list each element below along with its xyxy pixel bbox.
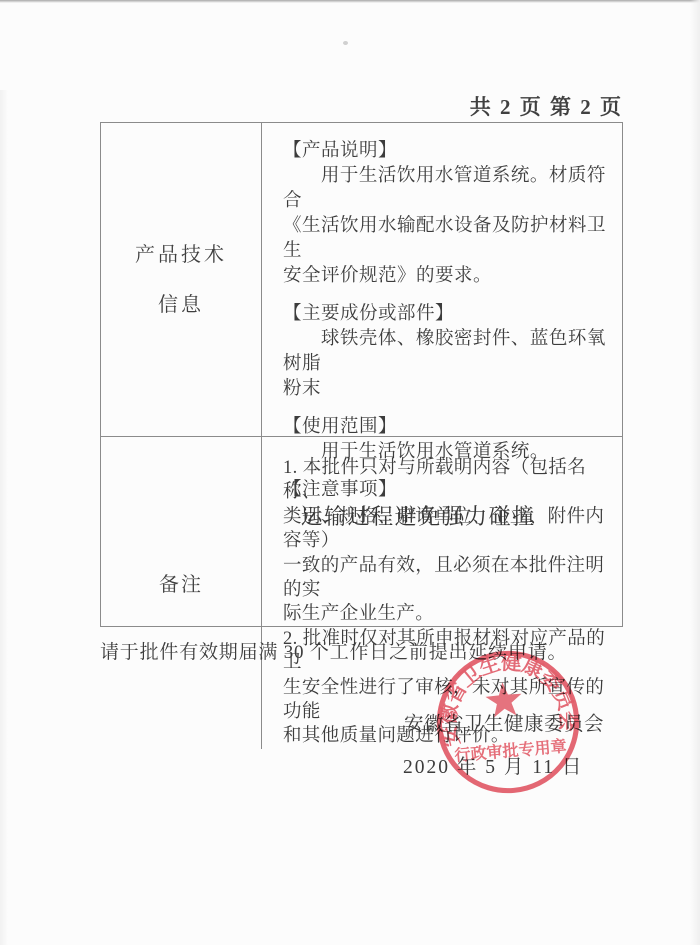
section-heading: 【产品说明】 — [283, 139, 614, 164]
info-section: 【主要成份或部件】球铁壳体、橡胶密封件、蓝色环氧树脂粉末 — [283, 302, 614, 402]
text-line: 《生活饮用水输配水设备及防护材料卫生 — [283, 214, 614, 264]
scan-edge-top — [0, 0, 700, 3]
star-icon — [484, 681, 523, 718]
product-info-content-cell: 【产品说明】用于生活饮用水管道系统。材质符合《生活饮用水输配水设备及防护材料卫生… — [262, 123, 622, 437]
info-section: 【产品说明】用于生活饮用水管道系统。材质符合《生活饮用水输配水设备及防护材料卫生… — [283, 139, 614, 289]
section-heading: 【主要成份或部件】 — [283, 302, 614, 327]
page-number-info: 共 2 页 第 2 页 — [0, 91, 623, 121]
text-line: 粉末 — [283, 377, 614, 402]
text-line: 球铁壳体、橡胶密封件、蓝色环氧树脂 — [283, 327, 614, 377]
row-label-line: 产品技术 — [135, 243, 227, 267]
scan-edge-left — [0, 90, 8, 945]
text-line: 类别、规格、申请单位、企业、附件内容等） — [283, 505, 616, 554]
seal-graphic: 安徽省卫生健康委员会 行政审批专用章 — [429, 643, 587, 801]
remarks-label: 备注 — [159, 568, 203, 597]
text-line: 安全评价规范》的要求。 — [283, 264, 614, 289]
row-label-line: 信息 — [158, 293, 204, 317]
remarks-label-cell: 备注 — [101, 437, 262, 749]
official-seal: 安徽省卫生健康委员会 行政审批专用章 — [429, 643, 587, 801]
text-line: 际生产企业生产。 — [283, 602, 616, 626]
text-line: 1. 本批件只对与所载明内容（包括名称、 — [283, 456, 616, 505]
scan-edge-right — [690, 0, 700, 945]
seal-bottom-text: 行政审批专用章 — [454, 736, 568, 765]
text-line: 一致的产品有效，且必须在本批件注明的实 — [283, 554, 616, 603]
document-page: 共 2 页 第 2 页 产品技术 信息 【产品说明】用于生活饮用水管道系统。材质… — [0, 0, 700, 945]
text-line: 用于生活饮用水管道系统。材质符合 — [283, 164, 614, 214]
product-info-label-cell: 产品技术 信息 — [101, 123, 262, 437]
info-table: 产品技术 信息 【产品说明】用于生活饮用水管道系统。材质符合《生活饮用水输配水设… — [100, 122, 623, 627]
scan-dot-artifact — [343, 41, 348, 45]
